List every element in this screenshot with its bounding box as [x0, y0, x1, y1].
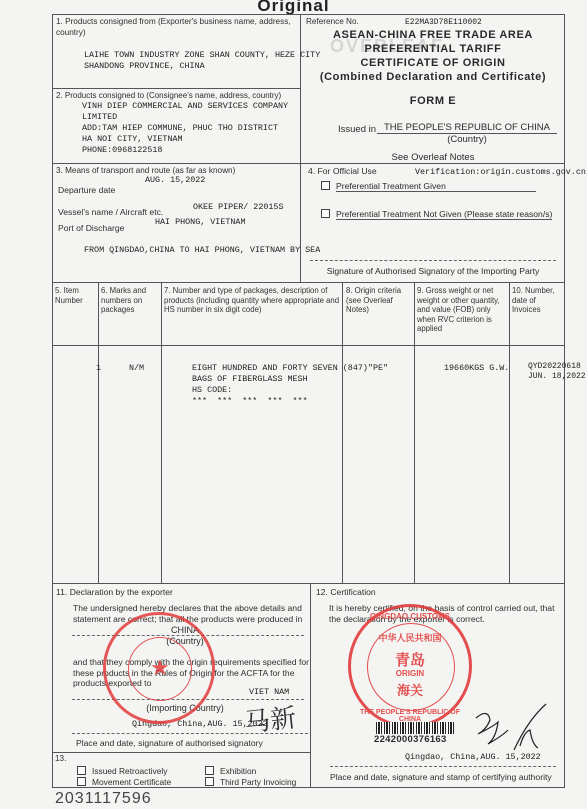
movement-certificate-checkbox[interactable] [77, 777, 86, 786]
exporter-signature-caption: Place and date, signature of authorised … [76, 738, 263, 749]
col-header-invoice: 10. Number, date of Invoices [512, 286, 564, 315]
company-stamp: ★ [103, 612, 215, 724]
consignee-line: ADD:TAM HIEP COMMUNE, PHUC THO DISTRICT [82, 123, 278, 134]
form-name: FORM E [300, 95, 566, 109]
divider [52, 163, 565, 164]
preferential-given-label: Preferential Treatment Given [336, 181, 536, 192]
col-header-description: 7. Number and type of packages, descript… [164, 286, 342, 315]
document-serial-number: 2031117596 [55, 790, 152, 808]
origin-criteria: "PE" [368, 363, 388, 374]
declaration-text: The undersigned hereby declares that the… [73, 603, 309, 624]
vessel-label: Vessel's name / Aircraft etc. [58, 207, 163, 218]
reference-number: E22MA3D78E110002 [405, 17, 482, 28]
stamp-bottom: 海关 [351, 680, 469, 699]
issued-retroactively-checkbox[interactable] [77, 766, 86, 775]
dashed-line [72, 733, 308, 734]
consignee-line: LIMITED [82, 112, 117, 123]
heading-line: PREFERENTIAL TARIFF [300, 43, 566, 57]
stamp-origin: ORIGIN [351, 669, 469, 678]
dashed-line [330, 766, 556, 767]
marks: N/M [129, 363, 144, 374]
description-line: EIGHT HUNDRED AND FORTY SEVEN (847) [192, 363, 368, 374]
signature-line [310, 260, 556, 261]
heading-line: CERTIFICATE OF ORIGIN [300, 57, 566, 71]
box1-label: 1. Products consigned from (Exporter's b… [56, 17, 296, 38]
col-header-weight: 9. Gross weight or net weight or other q… [417, 286, 507, 334]
divider [52, 345, 565, 346]
issued-in-label: Issued in [338, 124, 376, 135]
movement-certificate-label: Movement Certificate [92, 777, 171, 787]
consignee-line: PHONE:0968122518 [82, 145, 162, 156]
gross-weight: 19660KGS G.W. [444, 363, 509, 374]
certifier-signature-caption: Place and date, signature and stamp of c… [330, 772, 552, 783]
exhibition-checkbox[interactable] [205, 766, 214, 775]
heading-line: ASEAN-CHINA FREE TRADE AREA [300, 29, 566, 43]
divider [52, 282, 565, 283]
col-header-marks: 6. Marks and numbers on packages [101, 286, 157, 315]
barcode [376, 722, 454, 734]
stamp-outer-top: QINGDAO CUSTOMS [351, 612, 469, 621]
departure-label: Departure date [58, 185, 115, 196]
divider [310, 583, 311, 788]
heading-line: (Combined Declaration and Certificate) [300, 71, 566, 85]
description-line: BAGS OF FIBERGLASS MESH [192, 374, 308, 385]
verification-url: Verification:origin.customs.gov.cn [415, 167, 586, 178]
preferential-given-checkbox[interactable] [321, 181, 330, 190]
third-party-invoicing-label: Third Party Invoicing [220, 777, 296, 787]
overleaf-notes: See Overleaf Notes [300, 152, 566, 163]
certifier-place-date: Qingdao, China,AUG. 15,2022 [405, 752, 541, 763]
divider [161, 282, 162, 583]
port-label: Port of Discharge [58, 223, 124, 234]
description-line: HS CODE: [192, 385, 232, 396]
vessel-name: OKEE PIPER/ 22015S [193, 202, 283, 213]
stamp-center: 青岛 [351, 649, 469, 670]
box12-label: 12. Certification [316, 587, 376, 598]
exhibition-label: Exhibition [220, 766, 256, 776]
box2-label: 2. Products consigned to (Consignee's na… [56, 91, 300, 102]
barcode-number: 2242000376163 [374, 734, 447, 745]
description-line: *** *** *** *** *** [192, 396, 308, 407]
preferential-not-given-label: Preferential Treatment Not Given (Please… [336, 209, 552, 220]
departure-date: AUG. 15,2022 [145, 175, 205, 186]
divider [98, 282, 99, 583]
importer-signature-caption: Signature of Authorised Signatory of the… [300, 266, 566, 276]
customs-stamp: QINGDAO CUSTOMS 中华人民共和国 青岛 ORIGIN 海关 THE… [348, 604, 472, 728]
port-of-discharge: HAI PHONG, VIETNAM [155, 217, 245, 228]
invoice-date: JUN. 18,2022 [528, 371, 586, 382]
certifier-signature [468, 700, 558, 760]
third-party-invoicing-checkbox[interactable] [205, 777, 214, 786]
divider [52, 88, 300, 89]
route: FROM QINGDAO,CHINA TO HAI PHONG, VIETNAM… [84, 245, 320, 256]
divider [52, 752, 310, 753]
consignee-line: HA NOI CITY, VIETNAM [82, 134, 183, 145]
exporter-address-line: SHANDONG PROVINCE, CHINA [84, 61, 205, 72]
item-number: 1 [96, 363, 101, 374]
stamp-outer-bottom: THE PEOPLE'S REPUBLIC OF CHINA [351, 709, 469, 723]
stamp-inner-top: 中华人民共和国 [351, 631, 469, 644]
box11-label: 11. Declaration by the exporter [56, 587, 173, 598]
exhibition-option[interactable]: Exhibition [205, 766, 256, 777]
star-icon: ★ [150, 655, 170, 681]
col-header-origin: 8. Origin criteria (see Overleaf Notes) [346, 286, 412, 315]
issued-in-country: THE PEOPLE'S REPUBLIC OF CHINA [377, 122, 557, 134]
importing-country: VIET NAM [249, 687, 289, 698]
col-header-item: 5. Item Number [55, 286, 97, 305]
movement-certificate-option[interactable]: Movement Certificate [77, 777, 171, 788]
issued-retroactively-label: Issued Retroactively [92, 766, 167, 776]
exporter-address-line: LAIHE TOWN INDUSTRY ZONE SHAN COUNTY, HE… [84, 50, 320, 61]
divider [52, 583, 565, 584]
divider [342, 282, 343, 583]
divider [509, 282, 510, 583]
box13-label: 13. [55, 754, 66, 765]
third-party-invoicing-option[interactable]: Third Party Invoicing [205, 777, 296, 788]
preferential-not-given-option[interactable]: Preferential Treatment Not Given (Please… [321, 209, 552, 220]
issued-retroactively-option[interactable]: Issued Retroactively [77, 766, 167, 777]
divider [414, 282, 415, 583]
preferential-not-given-checkbox[interactable] [321, 209, 330, 218]
consignee-line: VINH DIEP COMMERCIAL AND SERVICES COMPAN… [82, 101, 288, 112]
box4-label: 4. For Official Use [308, 166, 377, 177]
country-caption: (Country) [377, 134, 557, 145]
preferential-given-option[interactable]: Preferential Treatment Given [321, 181, 536, 192]
reference-label: Reference No. [306, 17, 359, 28]
